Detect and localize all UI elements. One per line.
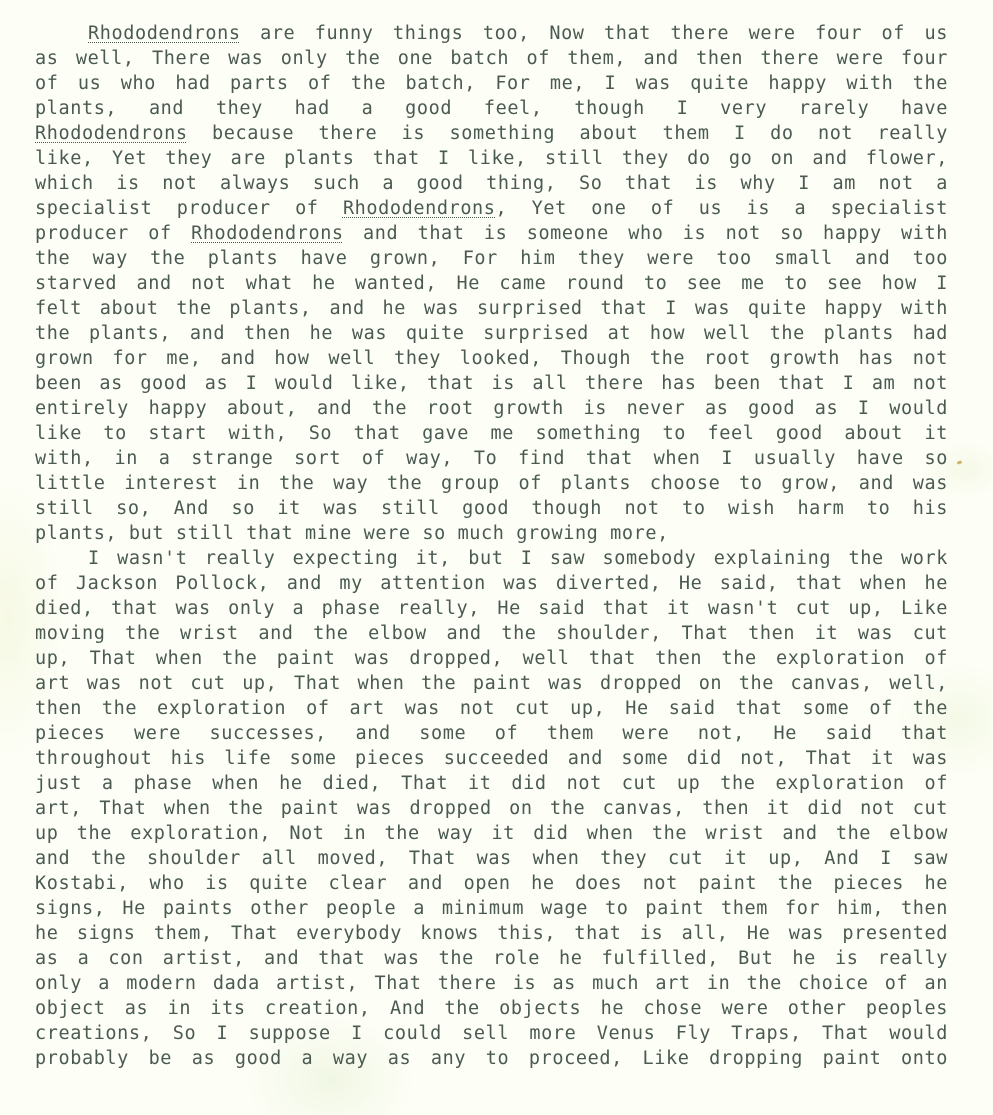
text-line: which is not always such a good thing, S… [35,171,948,196]
text-line: then the exploration of art was not cut … [35,696,948,721]
text-line: Rhododendrons are funny things too, Now … [35,21,948,46]
text-line: up, That when the paint was dropped, wel… [35,646,948,671]
text-run: little interest in the way the group of … [35,473,948,494]
text-line: and the shoulder all moved, That was whe… [35,846,948,871]
text-run: like to start with, So that gave me some… [35,423,948,444]
text-run: specialist producer of [35,198,343,219]
text-line: throughout his life some pieces succeede… [35,746,948,771]
underlined-term: Rhododendrons [35,123,188,144]
text-line: little interest in the way the group of … [35,471,948,496]
text-run: the way the plants have grown, For him t… [35,248,948,269]
text-run: I wasn't really expecting it, but I saw … [88,548,948,569]
text-line: grown for me, and how well they looked, … [35,346,948,371]
scanned-page: Rhododendrons are funny things too, Now … [0,0,993,1115]
text-run: entirely happy about, and the root growt… [35,398,948,419]
text-run: died, that was only a phase really, He s… [35,598,948,619]
text-run: still so, And so it was still good thoug… [35,498,948,519]
text-line: died, that was only a phase really, He s… [35,596,948,621]
text-run: art was not cut up, That when the paint … [35,673,948,694]
text-line: only a modern dada artist, That there is… [35,971,948,996]
text-line: starved and not what he wanted, He came … [35,271,948,296]
text-run: and that is someone who is not so happy … [344,223,948,244]
document-body: Rhododendrons are funny things too, Now … [35,21,948,1071]
text-line: plants, and they had a good feel, though… [35,96,948,121]
text-run: then the exploration of art was not cut … [35,698,948,719]
text-line: moving the wrist and the elbow and the s… [35,621,948,646]
text-run: and the shoulder all moved, That was whe… [35,848,948,869]
text-line: up the exploration, Not in the way it di… [35,821,948,846]
text-line: as a con artist, and that was the role h… [35,946,948,971]
underlined-term: Rhododendrons [191,223,344,244]
text-run: of us who had parts of the batch, For me… [35,73,948,94]
text-line: still so, And so it was still good thoug… [35,496,948,521]
ink-speck [957,460,963,465]
text-run: like, Yet they are plants that I like, s… [35,148,948,169]
text-run: just a phase when he died, That it did n… [35,773,948,794]
text-line: specialist producer of Rhododendrons, Ye… [35,196,948,221]
text-line: the way the plants have grown, For him t… [35,246,948,271]
text-run: , Yet one of us is a specialist [496,198,948,219]
text-run: with, in a strange sort of way, To find … [35,448,948,469]
text-line: I wasn't really expecting it, but I saw … [35,546,948,571]
text-run: been as good as I would like, that is al… [35,373,948,394]
text-line: plants, but still that mine were so much… [35,521,948,546]
text-run: art, That when the paint was dropped on … [35,798,948,819]
text-run: the plants, and then he was quite surpri… [35,323,948,344]
text-line: art, That when the paint was dropped on … [35,796,948,821]
text-run: plants, but still that mine were so much… [35,523,669,544]
text-run: pieces were successes, and some of them … [35,723,948,744]
text-line: producer of Rhododendrons and that is so… [35,221,948,246]
text-line: entirely happy about, and the root growt… [35,396,948,421]
text-run: up the exploration, Not in the way it di… [35,823,948,844]
text-line: felt about the plants, and he was surpri… [35,296,948,321]
text-line: he signs them, That everybody knows this… [35,921,948,946]
text-line: of Jackson Pollock, and my attention was… [35,571,948,596]
text-run: he signs them, That everybody knows this… [35,923,948,944]
text-run: Kostabi, who is quite clear and open he … [35,873,948,894]
text-run: plants, and they had a good feel, though… [35,98,948,119]
text-run: as a con artist, and that was the role h… [35,948,948,969]
text-line: like, Yet they are plants that I like, s… [35,146,948,171]
text-run: up, That when the paint was dropped, wel… [35,648,948,669]
text-line: with, in a strange sort of way, To find … [35,446,948,471]
text-line: creations, So I suppose I could sell mor… [35,1021,948,1046]
text-run: moving the wrist and the elbow and the s… [35,623,948,644]
text-run: of Jackson Pollock, and my attention was… [35,573,948,594]
text-run: are funny things too, Now that there wer… [241,23,948,44]
text-run: producer of [35,223,191,244]
text-line: Kostabi, who is quite clear and open he … [35,871,948,896]
text-line: just a phase when he died, That it did n… [35,771,948,796]
text-run: object as in its creation, And the objec… [35,998,948,1019]
text-run: because there is something about them I … [188,123,948,144]
text-line: been as good as I would like, that is al… [35,371,948,396]
text-line: of us who had parts of the batch, For me… [35,71,948,96]
text-run: grown for me, and how well they looked, … [35,348,948,369]
text-line: as well, There was only the one batch of… [35,46,948,71]
text-line: like to start with, So that gave me some… [35,421,948,446]
text-run: starved and not what he wanted, He came … [35,273,948,294]
underlined-term: Rhododendrons [343,198,496,219]
text-run: throughout his life some pieces succeede… [35,748,948,769]
underlined-term: Rhododendrons [88,23,241,44]
text-run: as well, There was only the one batch of… [35,48,948,69]
text-run: felt about the plants, and he was surpri… [35,298,948,319]
text-line: object as in its creation, And the objec… [35,996,948,1021]
text-run: probably be as good a way as any to proc… [35,1048,948,1069]
text-run: signs, He paints other people a minimum … [35,898,948,919]
text-run: creations, So I suppose I could sell mor… [35,1023,948,1044]
text-line: art was not cut up, That when the paint … [35,671,948,696]
text-line: pieces were successes, and some of them … [35,721,948,746]
text-run: only a modern dada artist, That there is… [35,973,948,994]
text-line: probably be as good a way as any to proc… [35,1046,948,1071]
paragraph-rhododendrons: Rhododendrons are funny things too, Now … [35,21,948,546]
text-run: which is not always such a good thing, S… [35,173,948,194]
text-line: Rhododendrons because there is something… [35,121,948,146]
text-line: signs, He paints other people a minimum … [35,896,948,921]
text-line: the plants, and then he was quite surpri… [35,321,948,346]
paragraph-pollock: I wasn't really expecting it, but I saw … [35,546,948,1071]
